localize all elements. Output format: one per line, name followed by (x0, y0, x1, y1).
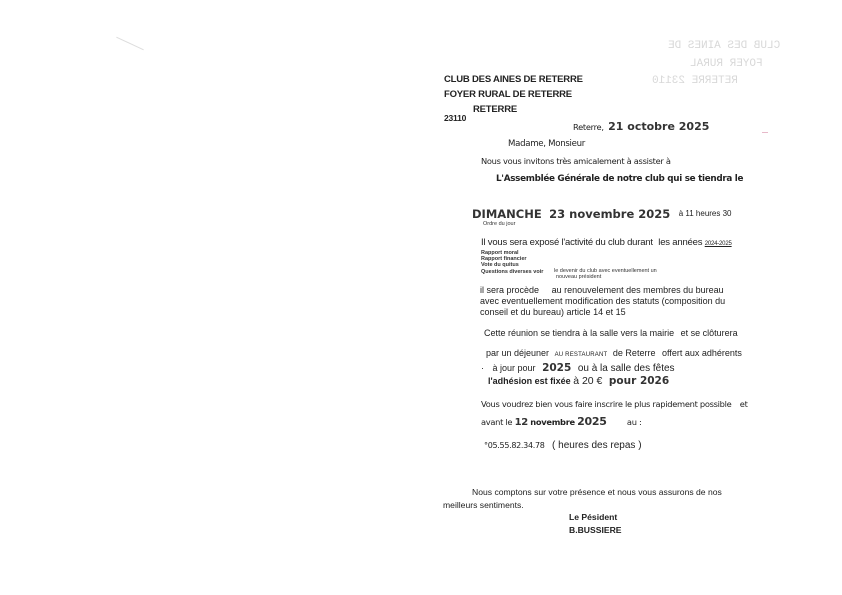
register-text: Vous voudrez bien vous faire inscrire le… (481, 399, 731, 409)
meeting-line: Cette réunion se tiendra à la salle vers… (484, 328, 738, 338)
agenda-label: Ordre du jour (483, 221, 515, 227)
uptodate-bullet: · (481, 363, 484, 373)
activity-line: Il vous sera exposé l'activité du club d… (481, 237, 732, 248)
agenda-note-2: nouveau président (556, 274, 601, 280)
date-line: Reterre, 21 octobre 2025 (573, 117, 709, 135)
fee-b: pour 2026 (609, 375, 669, 387)
lunch-d: offert aux adhérents (662, 348, 742, 358)
uptodate-year: 2025 (542, 362, 571, 374)
activity-years-label: les années (658, 237, 702, 248)
bleed-through-text-3: RETERRE 23110 (652, 75, 738, 87)
renewal-line-1: il sera procède au renouvelement des mem… (480, 285, 724, 295)
agenda-list: Rapport moral Rapport financier Vote du … (481, 250, 543, 275)
event-day: DIMANCHE (472, 207, 542, 221)
agenda-item: Questions diverses voir (481, 269, 543, 275)
signature-title: Le Pésident (569, 512, 617, 522)
deadline-line: avant le 12 novembre 2025 au : (481, 415, 642, 428)
meeting-text: Cette réunion se tiendra à la salle vers… (484, 328, 674, 338)
renewal-p1: il sera procède (480, 285, 539, 295)
fee-amount: à 20 € (573, 375, 602, 387)
deadline-b: au : (627, 417, 642, 427)
scan-speck (116, 37, 144, 51)
lunch-a: par un déjeuner (486, 348, 549, 358)
foyer-name: FOYER RURAL DE RETERRE (444, 89, 572, 100)
phone-note: ( heures des repas ) (552, 440, 642, 451)
date-place: Reterre, (573, 122, 604, 132)
renewal-line-2: avec eventuellement modification des sta… (480, 296, 725, 306)
salutation: Madame, Monsieur (508, 139, 585, 149)
date-value: 21 octobre 2025 (608, 120, 709, 133)
fee-line: l'adhésion est fixée à 20 € pour 2026 (488, 375, 669, 387)
bleed-through-text-2: FOYER RURAL (690, 58, 763, 70)
event-date: 23 novembre 2025 (549, 207, 670, 221)
bleed-through-text-1: CLUB DES AINES DE (668, 40, 780, 52)
register-et: et (740, 399, 748, 409)
activity-text: Il vous sera exposé l'activité du club d… (481, 237, 653, 248)
deadline-day: 12 (515, 417, 528, 428)
renewal-line-3: conseil et du bureau) article 14 et 15 (480, 307, 626, 317)
invitation-text: Nous vous invitons très amicalement à as… (481, 156, 671, 166)
activity-years: 2024-2025 (705, 241, 732, 247)
uptodate-line: · à jour pour 2025 ou à la salle des fêt… (481, 362, 675, 374)
renewal-p2: au renouvelement des membres du bureau (552, 285, 724, 295)
lunch-line: par un déjeuner AU RESTAURANT de Reterre… (486, 348, 742, 358)
meeting-close: et se clôturera (681, 328, 738, 338)
event-time: à 11 heures 30 (679, 209, 732, 218)
uptodate-a: à jour pour (493, 363, 536, 373)
closing-line-1: Nous comptons sur votre présence et nous… (472, 487, 722, 497)
town-name: RETERRE (473, 104, 517, 115)
fee-a: l'adhésion est fixée (488, 376, 571, 386)
uptodate-b: ou à la salle des fêtes (578, 363, 675, 374)
phone-line: °05.55.82.34.78 ( heures des repas ) (484, 435, 642, 453)
scan-speck (762, 132, 768, 133)
deadline-a: avant le (481, 417, 512, 427)
assembly-text: L'Assemblée Générale de notre club qui s… (496, 174, 743, 184)
closing-line-2: meilleurs sentiments. (443, 500, 524, 510)
deadline-year: 2025 (577, 415, 606, 428)
club-name: CLUB DES AINES DE RETERRE (444, 74, 583, 85)
deadline-month: novembre (530, 417, 575, 427)
lunch-c: de Reterre (613, 348, 656, 358)
phone-number: °05.55.82.34.78 (484, 441, 545, 450)
postal-code: 23110 (444, 113, 466, 123)
lunch-b: AU RESTAURANT (555, 352, 608, 358)
signature-name: B.BUSSIERE (569, 525, 622, 535)
register-line: Vous voudrez bien vous faire inscrire le… (481, 399, 748, 409)
